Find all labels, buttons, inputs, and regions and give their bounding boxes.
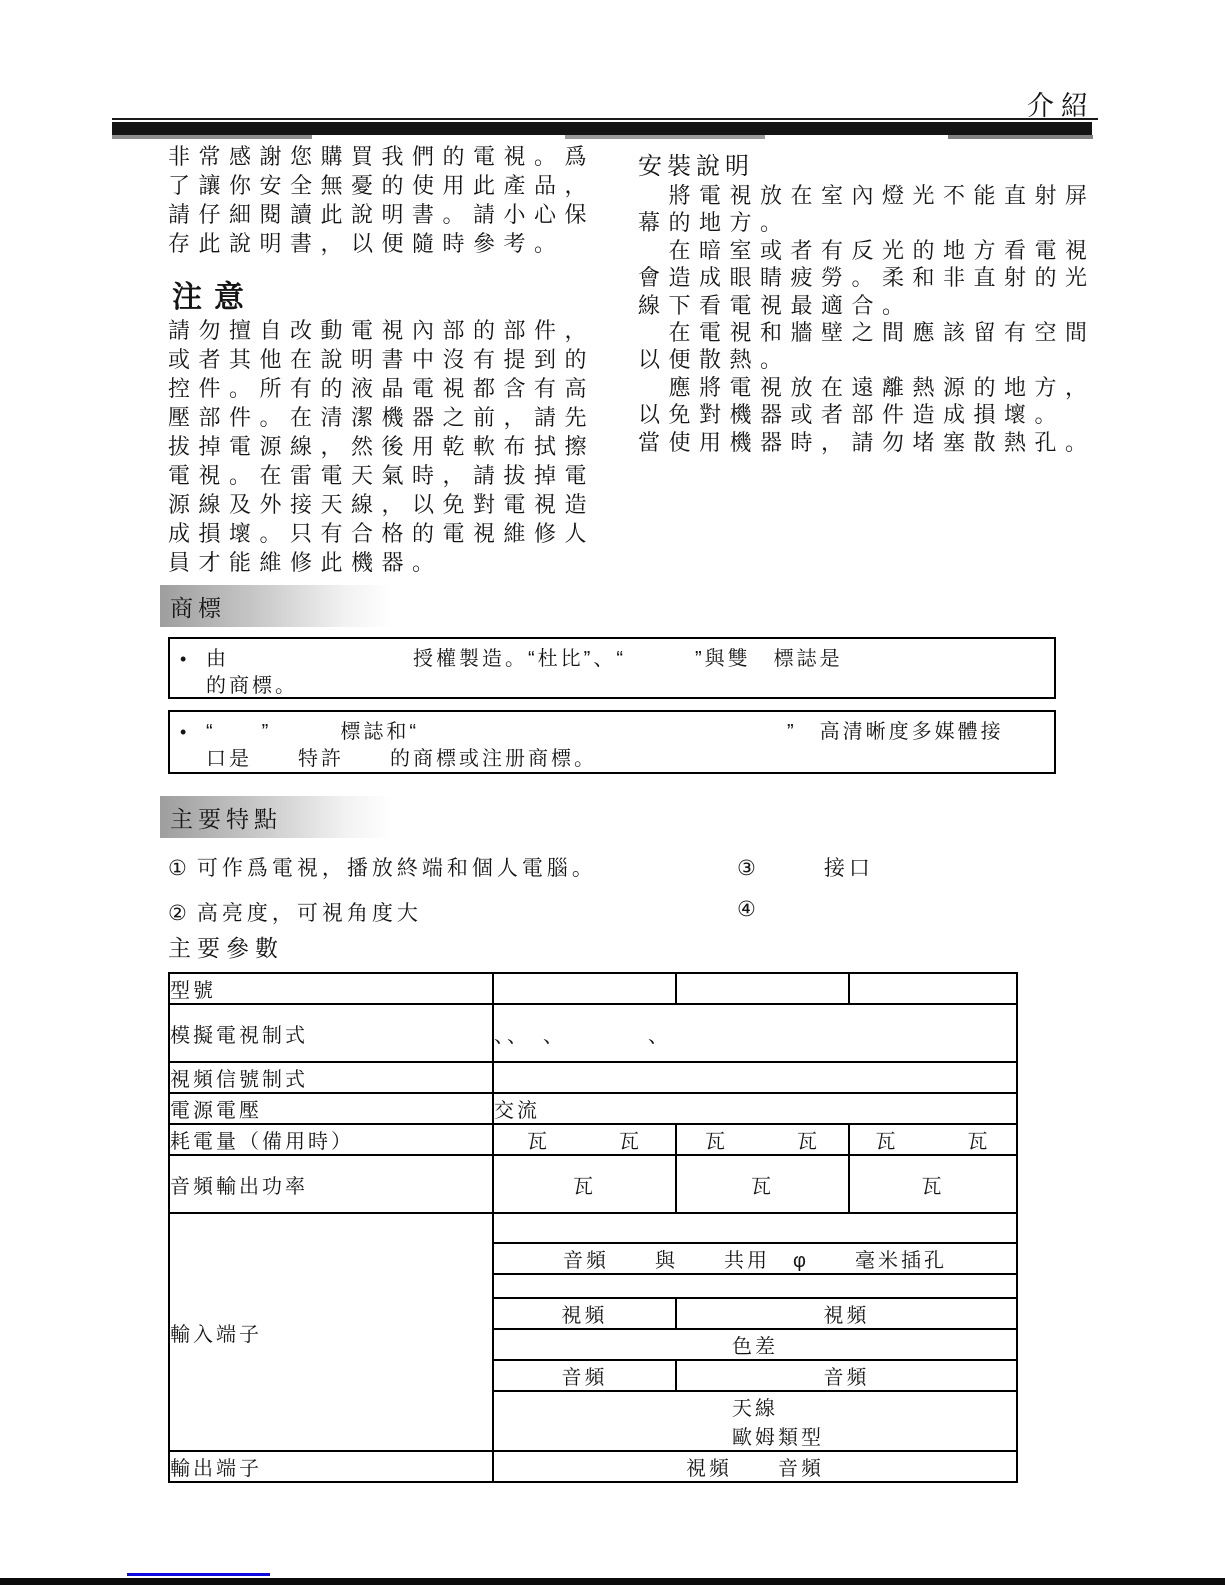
table-row-video-signal: 視頻信號制式: [169, 1062, 1017, 1093]
footer-link-underline[interactable]: [127, 1573, 270, 1576]
feature-item-1: ①可作爲電視，播放終端和個人電腦。: [168, 852, 597, 882]
spec-label-audio-power: 音頻輸出功率: [169, 1155, 493, 1213]
spec-cell-output: 視頻 音頻: [493, 1451, 1017, 1482]
intro-paragraph: 非常感謝您購買我們的電視。爲 了讓你安全無憂的使用此產品， 請仔細閱讀此說明書。…: [168, 142, 638, 258]
spec-cell-consumption-3: 瓦 瓦: [849, 1124, 1017, 1155]
spec-cell-power: 交流: [493, 1093, 1017, 1124]
spec-cell-input-1: [493, 1213, 1017, 1243]
spec-cell-input-4b: 視頻: [676, 1298, 1017, 1329]
spec-label-output: 輸出端子: [169, 1451, 493, 1482]
page-bottom-bar: [0, 1578, 1225, 1585]
spec-cell-input-2: 音頻 與 共用 φ 毫米插孔: [493, 1243, 1017, 1274]
spec-cell-audio-1: 瓦: [493, 1155, 676, 1213]
bullet-icon: •: [180, 719, 206, 765]
spec-label-video-signal: 視頻信號制式: [169, 1062, 493, 1093]
spec-label-model: 型號: [169, 973, 493, 1004]
feature-number: ③: [737, 857, 760, 880]
spec-cell-model-2: [676, 973, 849, 1004]
trademark-box-hdmi: • “ ” 標誌和“ ” 高清晰度多媒體接 口是 特許 的商標或注册商標。: [168, 710, 1056, 774]
table-row-output: 輸出端子 視頻 音頻: [169, 1451, 1017, 1482]
trademark-dolby-text: 由 授權製造。“杜比”、“ ”與雙 標誌是 的商標。: [206, 646, 1044, 690]
spec-table-container: 型號 模擬電視制式 、、 、 、 視頻信號制式 電源電壓 交流: [168, 972, 1018, 1483]
feature-item-2: ②高亮度，可視角度大: [168, 897, 422, 927]
spec-cell-analog: 、、 、 、: [493, 1004, 1017, 1062]
feature-text: 高亮度，可視角度大: [197, 902, 422, 925]
spec-cell-input-6a: 音頻: [493, 1360, 676, 1391]
spec-cell-audio-2: 瓦: [676, 1155, 849, 1213]
spec-cell-input-5: 色差: [493, 1329, 1017, 1360]
feature-text: 接口: [824, 857, 874, 880]
parameters-section-title: 主要參數: [168, 930, 284, 963]
trademark-hdmi-text: “ ” 標誌和“ ” 高清晰度多媒體接 口是 特許 的商標或注册商標。: [206, 719, 1044, 765]
install-paragraph: 將電視放在室內燈光不能直射屏 幕的地方。 在暗室或者有反光的地方看電視 會造成眼…: [638, 182, 1118, 456]
table-row-audio-power: 音頻輸出功率 瓦 瓦 瓦: [169, 1155, 1017, 1213]
spec-cell-consumption-2: 瓦 瓦: [676, 1124, 849, 1155]
table-row-input-1: 輸入端子: [169, 1213, 1017, 1243]
manual-page: 介紹 非常感謝您購買我們的電視。爲 了讓你安全無憂的使用此產品， 請仔細閱讀此說…: [0, 0, 1225, 1585]
header-thin-rule: [112, 118, 1098, 120]
install-heading: 安裝說明: [638, 146, 754, 181]
header-bar-shadow-mid: [565, 135, 765, 139]
features-section-title: 主要特點: [170, 801, 282, 834]
trademark-box-dolby: • 由 授權製造。“杜比”、“ ”與雙 標誌是 的商標。: [168, 637, 1056, 699]
notice-paragraph: 請勿擅自改動電視內部的部件， 或者其他在說明書中沒有提到的 控件。所有的液晶電視…: [168, 316, 638, 577]
feature-number: ②: [168, 902, 191, 925]
spec-cell-input-3: [493, 1274, 1017, 1298]
spec-cell-video-signal: [493, 1062, 1017, 1093]
spec-label-analog: 模擬電視制式: [169, 1004, 493, 1062]
table-row-analog-system: 模擬電視制式 、、 、 、: [169, 1004, 1017, 1062]
table-row-consumption: 耗電量（備用時） 瓦 瓦 瓦 瓦 瓦 瓦: [169, 1124, 1017, 1155]
trademark-section-title: 商標: [170, 590, 226, 623]
spec-cell-input-6b: 音頻: [676, 1360, 1017, 1391]
spec-cell-consumption-1: 瓦 瓦: [493, 1124, 676, 1155]
spec-cell-input-antenna: 天線 歐姆類型: [493, 1391, 1017, 1451]
feature-item-3: ③接口: [737, 852, 874, 882]
bullet-icon: •: [180, 646, 206, 690]
spec-label-power: 電源電壓: [169, 1093, 493, 1124]
spec-label-input: 輸入端子: [169, 1213, 493, 1451]
spec-label-consumption: 耗電量（備用時）: [169, 1124, 493, 1155]
header-bar-shadow-left: [112, 135, 312, 139]
spec-cell-model-1: [493, 973, 676, 1004]
notice-heading: 注意: [172, 272, 256, 316]
feature-number: ①: [168, 857, 191, 880]
spec-cell-audio-3: 瓦: [849, 1155, 1017, 1213]
table-row-power: 電源電壓 交流: [169, 1093, 1017, 1124]
features-section-header: 主要特點: [160, 796, 392, 838]
feature-item-4: ④: [737, 897, 766, 922]
header-black-bar: [112, 122, 1092, 135]
spec-cell-input-4a: 視頻: [493, 1298, 676, 1329]
feature-text: 可作爲電視，播放終端和個人電腦。: [197, 857, 597, 880]
feature-number: ④: [737, 898, 760, 921]
header-bar-shadow-right: [948, 135, 1093, 139]
table-row-model: 型號: [169, 973, 1017, 1004]
spec-cell-model-3: [849, 973, 1017, 1004]
trademark-section-header: 商標: [160, 585, 392, 627]
spec-table: 型號 模擬電視制式 、、 、 、 視頻信號制式 電源電壓 交流: [168, 972, 1018, 1483]
